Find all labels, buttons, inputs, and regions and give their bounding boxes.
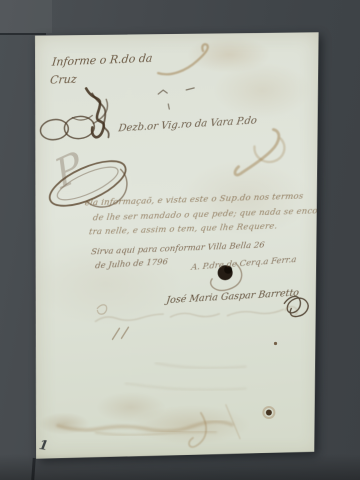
margin-note-line2: Cruz	[49, 73, 77, 87]
manuscript-paper: Informe o R.do da Cruz Dezb.or Vig.ro da…	[34, 32, 321, 458]
ink-speck	[274, 342, 277, 345]
backing-sheet-edge-bottom	[31, 458, 36, 480]
ghost-writing	[95, 306, 297, 321]
rubric-flourish	[86, 88, 104, 137]
dark-spot	[266, 410, 272, 416]
paper-surface: Informe o R.do da Cruz Dezb.or Vig.ro da…	[34, 32, 321, 458]
bottom-ghost-flourish	[189, 413, 206, 447]
swash-right	[235, 129, 279, 175]
backing-sheet-top	[0, 0, 52, 33]
photo-background: Informe o R.do da Cruz Dezb.or Vig.ro da…	[0, 0, 360, 480]
seal-ghost-ring	[254, 138, 284, 162]
swash-top	[158, 44, 208, 74]
